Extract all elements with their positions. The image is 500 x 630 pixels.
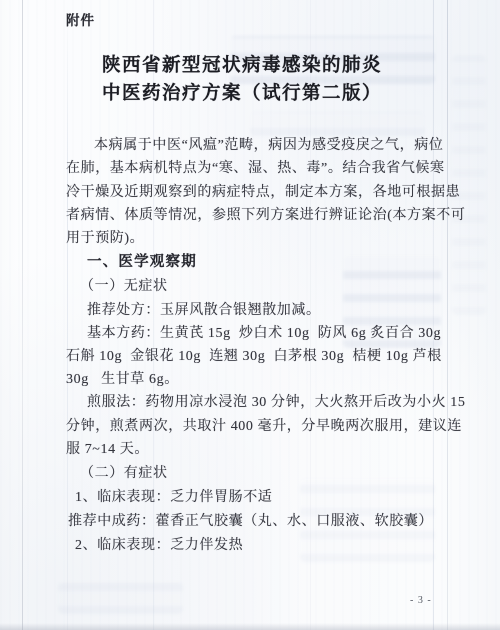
clinical-item-line: 2、临床表现：乏力伴发热 bbox=[66, 537, 448, 554]
scan-line bbox=[22, 0, 23, 630]
scan-bottom-edge bbox=[0, 623, 500, 630]
decoction-line: 分钟，煎煮两次，共取汁 400 毫升，分早晚两次服用，建议连 bbox=[66, 418, 448, 435]
doc-title-line-2: 中医药治疗方案（试行第二版） bbox=[42, 83, 442, 105]
section-heading: 一、医学观察期 bbox=[66, 254, 448, 271]
page-number: - 3 - bbox=[410, 595, 432, 606]
doc-title-line-1: 陕西省新型冠状病毒感染的肺炎 bbox=[42, 55, 442, 77]
patent-medicine-line: 推荐中成药：藿香正气胶囊（丸、水、口服液、软胶囊） bbox=[66, 513, 448, 530]
attachment-label: 附件 bbox=[66, 12, 448, 29]
intro-line: 本病属于中医“风瘟”范畴，病因为感受疫戾之气，病位 bbox=[66, 137, 448, 154]
recommended-formula-line: 推荐处方：玉屏风散合银翘散加减。 bbox=[66, 302, 448, 319]
decoction-line: 煎服法：药物用凉水浸泡 30 分钟，大火熬开后改为小火 15 bbox=[66, 394, 448, 411]
clinical-item-line: 1、临床表现：乏力伴胃肠不适 bbox=[66, 489, 448, 506]
formula-line: 30g 生甘草 6g。 bbox=[66, 371, 448, 388]
bleedthrough-artifact bbox=[58, 582, 183, 614]
intro-line: 用于预防)。 bbox=[66, 230, 448, 247]
bleedthrough-artifact bbox=[250, 112, 425, 136]
subsection-heading-asymptomatic: （一）无症状 bbox=[66, 278, 448, 295]
subsection-heading-symptomatic: （二）有症状 bbox=[66, 465, 448, 482]
intro-line: 在肺，基本病机特点为“寒、湿、热、毒”。结合我省气候寒 bbox=[66, 160, 448, 177]
formula-line: 基本方药：生黄芪 15g 炒白术 10g 防风 6g 炙百合 30g bbox=[66, 325, 448, 342]
formula-line: 石斛 10g 金银花 10g 连翘 30g 白茅根 30g 桔梗 10g 芦根 bbox=[66, 348, 448, 365]
scanned-page: 附件 陕西省新型冠状病毒感染的肺炎 中医药治疗方案（试行第二版） 本病属于中医“… bbox=[0, 0, 500, 630]
intro-line: 冷干燥及近期观察到的病症特点，制定本方案，各地可根据患 bbox=[66, 184, 448, 201]
decoction-line: 服 7~14 天。 bbox=[66, 441, 448, 458]
intro-line: 者病情、体质等情况，参照下列方案进行辨证论治(本方案不可 bbox=[66, 207, 448, 224]
